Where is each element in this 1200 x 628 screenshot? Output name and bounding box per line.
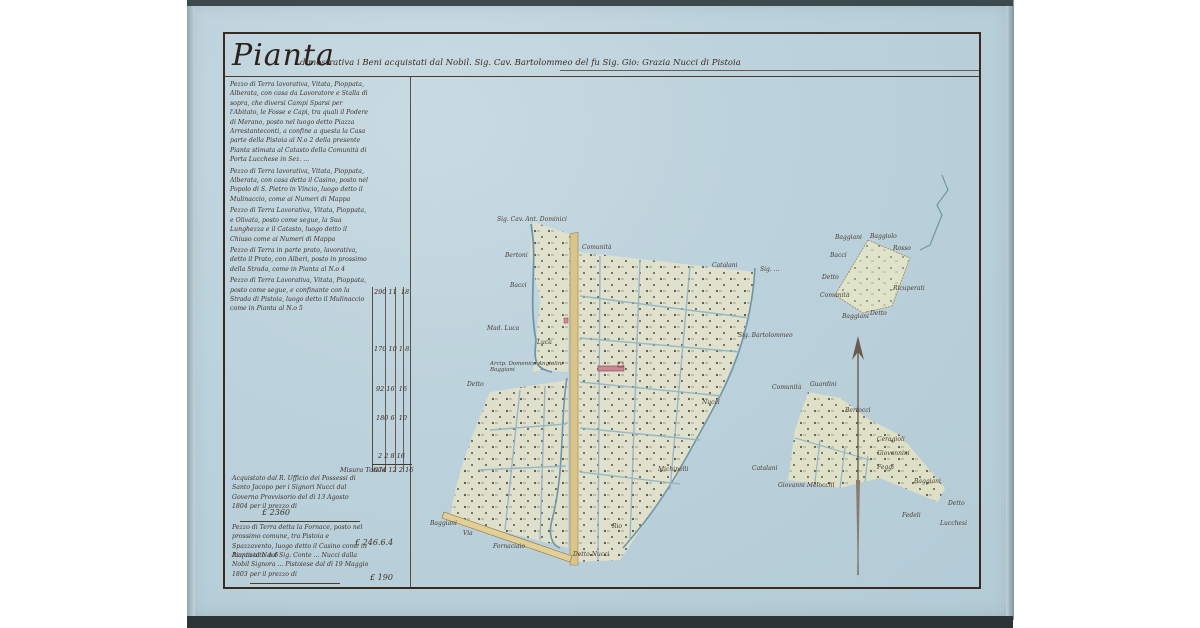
map-label: Catalani [712, 262, 737, 269]
map-label: Bertoni [505, 252, 528, 259]
map-label: Sig. Bartolommeo [738, 332, 793, 339]
map-label: Rio [612, 523, 622, 530]
map-label: Guardini [810, 381, 837, 388]
map-label: Comunità [820, 292, 850, 299]
map-label: Comunità [582, 244, 612, 251]
map-label: Detto [467, 381, 484, 388]
map-label: Arcip. Domenico Angiolini Baggiani [490, 361, 570, 373]
map-label: Sig. Cav. Ant. Dominici [497, 216, 567, 223]
central-parcel-group [442, 222, 755, 565]
map-label: Detto [870, 310, 887, 317]
map-label: Rosso [893, 245, 911, 252]
map-label: Mad. Luca [487, 325, 519, 332]
map-label: Nucci [702, 399, 720, 406]
map-label: Bacci [830, 252, 847, 259]
map-label: Ricuperati [893, 285, 925, 292]
map-label: Bertocci [845, 407, 871, 414]
map-label: Giovanni Melocchi [778, 482, 835, 489]
map-label: Luca [537, 339, 552, 346]
map-label: Detto [822, 274, 839, 281]
map-label: Giovannini [877, 450, 910, 457]
map-label: Catalani [752, 465, 777, 472]
map-label: Sig. ... [760, 266, 779, 273]
map-label: Detto [948, 500, 965, 507]
map-label: Bacci [510, 282, 527, 289]
map-label: Baggiolo [870, 233, 897, 240]
map-label: Fornaciaio [493, 543, 525, 550]
map-label: Comunità [772, 384, 802, 391]
map-label: Baggiani [842, 313, 869, 320]
map-label: Baggiani [430, 520, 457, 527]
cadastral-maps [0, 0, 1200, 628]
map-label: Baggiani [835, 234, 862, 241]
map-label: Fedeli [902, 512, 921, 519]
north-east-parcel [835, 175, 948, 313]
map-label: Detto Nucci [573, 551, 609, 558]
map-label: Baggiani [914, 478, 941, 485]
map-label: Ceragioli [877, 436, 905, 443]
map-label: Michinelli [658, 466, 688, 473]
map-label: Via [463, 530, 473, 537]
map-label: Feggi [877, 464, 894, 471]
map-label: Lucchesi [940, 520, 967, 527]
